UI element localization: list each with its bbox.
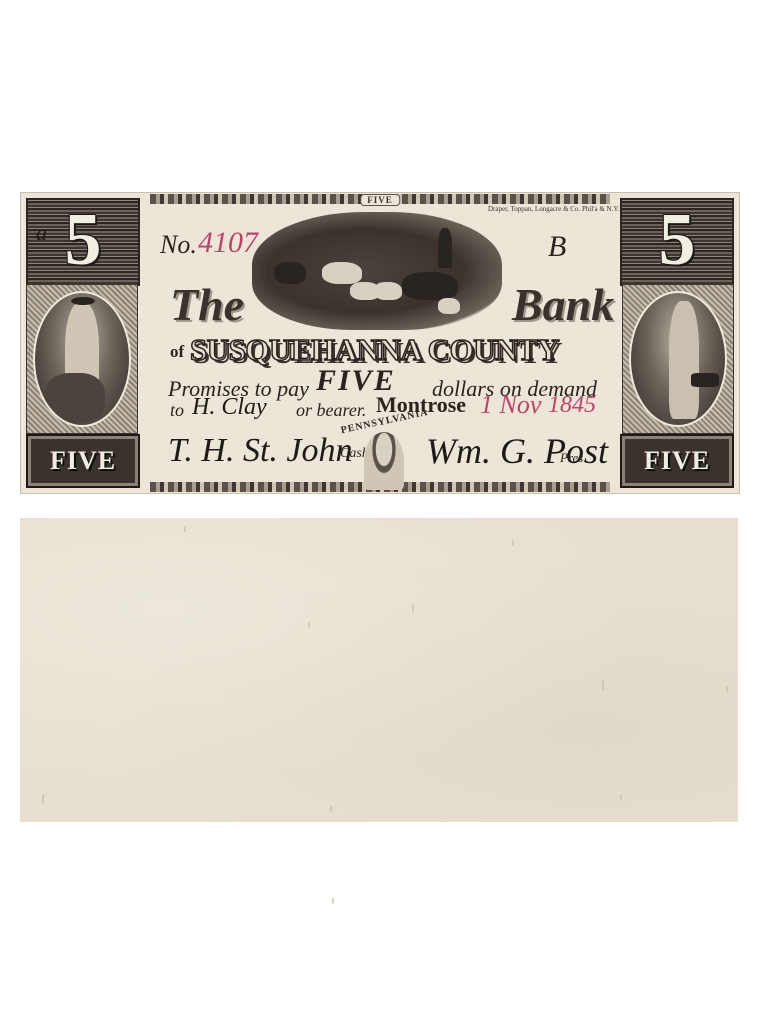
farmer-icon xyxy=(438,228,452,268)
president-label: Pres. xyxy=(560,450,587,466)
title-the: The xyxy=(170,278,244,331)
payee-prefix: to xyxy=(170,400,184,421)
date-day: 1 Nov xyxy=(480,390,541,420)
cow-icon xyxy=(322,262,362,284)
vignette-oval-right xyxy=(629,291,727,427)
paper-fiber xyxy=(42,794,44,804)
cow-icon xyxy=(274,262,306,284)
paper-fiber xyxy=(184,526,186,532)
corner-panel-left: a 5 xyxy=(26,198,140,286)
bearer-text: or bearer. xyxy=(296,400,366,421)
title-of: of xyxy=(170,342,184,362)
sheep-icon xyxy=(438,298,460,314)
paper-fiber xyxy=(512,540,514,546)
paper-fiber xyxy=(330,806,332,812)
paper-fiber xyxy=(308,622,310,628)
figure-anvil xyxy=(691,373,719,387)
five-box-left: FIVE xyxy=(26,434,140,488)
paper-fiber xyxy=(602,680,604,690)
paper-fiber xyxy=(332,898,334,904)
bank-name: SUSQUEHANNA COUNTY xyxy=(190,332,559,368)
vignette-left-maiden xyxy=(26,284,138,434)
pastoral-scene-vignette xyxy=(252,212,502,330)
plate-letter-left: a xyxy=(36,220,47,246)
figure-blacksmith xyxy=(669,301,699,419)
female-bust-vignette xyxy=(364,432,404,490)
serial-label: No. xyxy=(160,230,197,260)
date-year: 1845 xyxy=(548,392,596,419)
top-strip-label: FIVE xyxy=(360,194,400,206)
vignette-oval-left xyxy=(33,291,131,427)
banknote-back xyxy=(20,518,738,822)
paper-fiber xyxy=(726,686,728,692)
denomination-numeral-right: 5 xyxy=(659,198,696,283)
engraver-imprint: Draper, Toppan, Longacre & Co. Phil'a & … xyxy=(488,205,619,213)
figure-hat xyxy=(71,297,95,305)
corner-panel-right: 5 xyxy=(620,198,734,286)
vignette-right-blacksmith xyxy=(622,284,734,434)
banknote-front: FIVE a 5 5 FIVE FIVE Draper, Toppan, Lon… xyxy=(20,192,740,494)
denomination-numeral-left: 5 xyxy=(65,198,102,283)
paper-fiber xyxy=(620,794,622,800)
figure-seated xyxy=(45,373,105,423)
top-border-strip: FIVE xyxy=(150,194,610,204)
five-word-left: FIVE xyxy=(28,446,138,476)
sheep-icon xyxy=(374,282,402,300)
paper-fiber xyxy=(412,604,414,613)
five-box-right: FIVE xyxy=(620,434,734,488)
five-word-right: FIVE xyxy=(622,446,732,476)
cashier-signature: T. H. St. John xyxy=(168,432,352,470)
serial-number: 4107 xyxy=(198,226,258,260)
cow-icon xyxy=(402,272,458,300)
title-bank: Bank xyxy=(512,278,614,331)
payee-name: H. Clay xyxy=(192,394,267,421)
plate-letter-right: B xyxy=(548,230,566,264)
